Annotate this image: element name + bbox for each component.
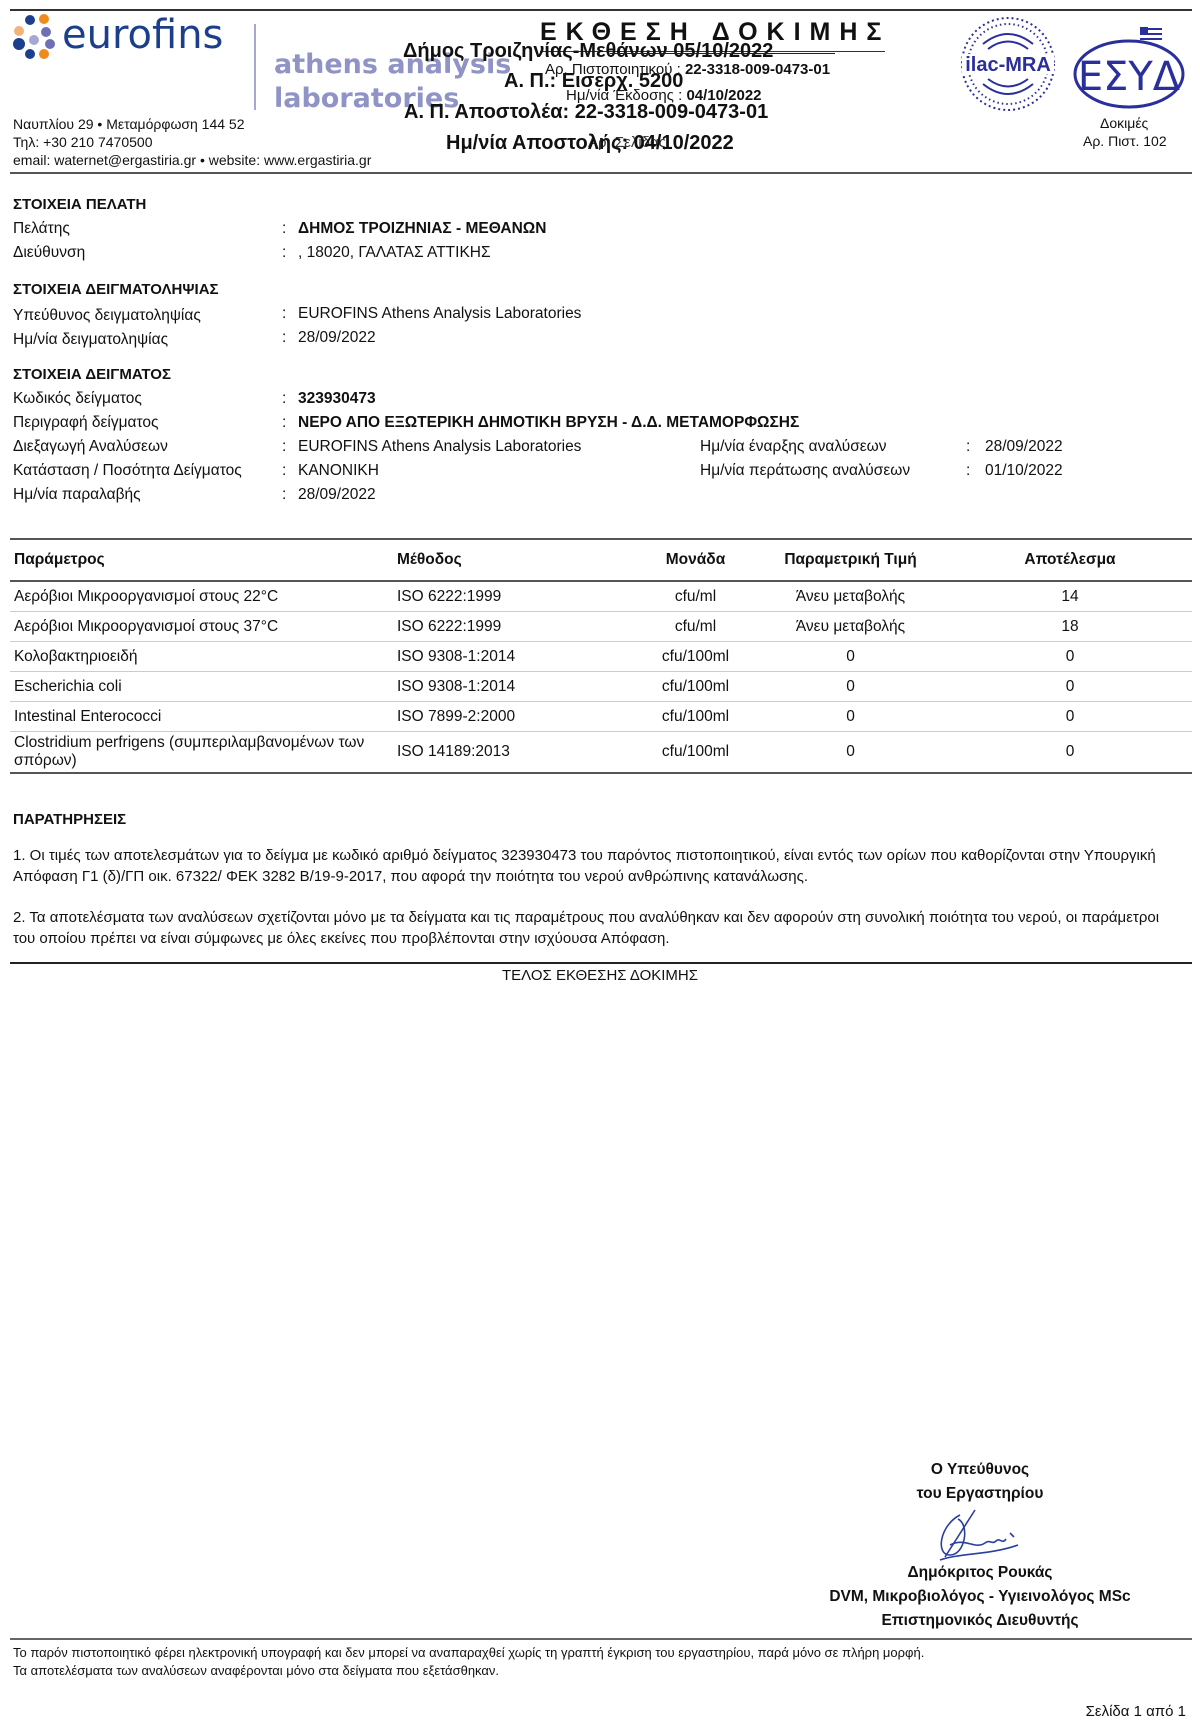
cell-parametric-value: Άνευ μεταβολής bbox=[753, 581, 948, 612]
cell-unit: cfu/ml bbox=[638, 581, 753, 612]
condition-label: Κατάσταση / Ποσότητα Δείγματος bbox=[13, 462, 242, 480]
cell-unit: cfu/100ml bbox=[638, 672, 753, 702]
col-result: Αποτέλεσμα bbox=[948, 540, 1192, 581]
analysis-by-label: Διεξαγωγή Αναλύσεων bbox=[13, 438, 168, 456]
client-value: ΔΗΜΟΣ ΤΡΟΙΖΗΝΙΑΣ - ΜΕΘΑΝΩΝ bbox=[298, 220, 546, 238]
cell-parameter: Αερόβιοι Μικροοργανισμοί στους 37°C bbox=[10, 612, 393, 642]
colon: : bbox=[282, 329, 286, 347]
cell-parameter: Escherichia coli bbox=[10, 672, 393, 702]
cell-parameter: Κολοβακτηριοειδή bbox=[10, 642, 393, 672]
svg-text:ilac-MRA: ilac-MRA bbox=[965, 54, 1051, 76]
table-row: Αερόβιοι Μικροοργανισμοί στους 22°CISO 6… bbox=[10, 581, 1192, 612]
sampler-label: Υπεύθυνος δειγματοληψίας bbox=[13, 307, 201, 325]
table-row: Escherichia coliISO 9308-1:2014cfu/100ml… bbox=[10, 672, 1192, 702]
cell-result: 14 bbox=[948, 581, 1192, 612]
table-row: Clostridium perfrigens (συμπεριλαμβανομέ… bbox=[10, 732, 1192, 774]
cell-method: ISO 9308-1:2014 bbox=[393, 672, 638, 702]
sample-desc-label: Περιγραφή δείγματος bbox=[13, 414, 159, 432]
analysis-end-label: Ημ/νία περάτωσης αναλύσεων bbox=[700, 462, 910, 480]
cell-method: ISO 7899-2:2000 bbox=[393, 702, 638, 732]
colon: : bbox=[282, 486, 286, 504]
cell-unit: cfu/100ml bbox=[638, 642, 753, 672]
cell-result: 0 bbox=[948, 702, 1192, 732]
col-method: Μέθοδος bbox=[393, 540, 638, 581]
cell-method: ISO 6222:1999 bbox=[393, 581, 638, 612]
colon: : bbox=[282, 438, 286, 456]
stamp-send-date: Ημ/νία Αποστολής: 04/10/2022 bbox=[446, 132, 734, 155]
cell-parametric-value: 0 bbox=[753, 732, 948, 774]
sample-desc-value: ΝΕΡΟ ΑΠΟ ΕΞΩΤΕΡΙΚΗ ΔΗΜΟΤΙΚΗ ΒΡΥΣΗ - Δ.Δ.… bbox=[298, 414, 799, 432]
sample-code-value: 323930473 bbox=[298, 390, 376, 408]
colon: : bbox=[282, 390, 286, 408]
col-parameter: Παράμετρος bbox=[10, 540, 393, 581]
cell-result: 0 bbox=[948, 732, 1192, 774]
signature-icon bbox=[930, 1505, 1025, 1565]
brand-name: eurofins bbox=[62, 12, 223, 58]
colon: : bbox=[282, 220, 286, 238]
signatory-role: Επιστημονικός Διευθυντής bbox=[830, 1609, 1130, 1633]
client-section-title: ΣΤΟΙΧΕΙΑ ΠΕΛΑΤΗ bbox=[13, 196, 146, 213]
sample-code-label: Κωδικός δείγματος bbox=[13, 390, 142, 408]
receipt-date-value: 28/09/2022 bbox=[298, 486, 376, 504]
footer-note-2: Τα αποτελέσματα των αναλύσεων αναφέροντα… bbox=[13, 1662, 499, 1680]
remarks-title: ΠΑΡΑΤΗΡΗΣΕΙΣ bbox=[13, 811, 126, 828]
cell-parametric-value: 0 bbox=[753, 642, 948, 672]
remarks-rule bbox=[10, 962, 1192, 964]
analysis-start-label: Ημ/νία έναρξης αναλύσεων bbox=[700, 438, 887, 456]
logo-divider bbox=[254, 24, 256, 110]
cell-result: 18 bbox=[948, 612, 1192, 642]
lab-phone: Τηλ: +30 210 7470500 bbox=[13, 133, 152, 151]
colon: : bbox=[966, 462, 970, 480]
sampling-date-value: 28/09/2022 bbox=[298, 329, 376, 347]
colon: : bbox=[282, 414, 286, 432]
cell-method: ISO 6222:1999 bbox=[393, 612, 638, 642]
stamp-municipality: Δήμος Τροιζηνίας-Μεθάνων 05/10/2022 bbox=[403, 40, 773, 63]
signatory-credentials: DVM, Μικροβιολόγος - Υγιεινολόγος MSc bbox=[780, 1585, 1180, 1609]
signatory-title-2: του Εργαστηρίου bbox=[830, 1482, 1130, 1506]
accreditation-cert-no: Αρ. Πιστ. 102 bbox=[1083, 133, 1167, 149]
analysis-end-value: 01/10/2022 bbox=[985, 462, 1063, 480]
remark-1: 1. Οι τιμές των αποτελεσμάτων για το δεί… bbox=[13, 845, 1183, 887]
header-rule bbox=[10, 172, 1192, 174]
signatory-name: Δημόκριτος Ρουκάς bbox=[830, 1561, 1130, 1585]
colon: : bbox=[282, 462, 286, 480]
colon: : bbox=[282, 244, 286, 262]
cell-unit: cfu/100ml bbox=[638, 732, 753, 774]
condition-value: ΚΑΝΟΝΙΚΗ bbox=[298, 462, 379, 480]
table-row: Αερόβιοι Μικροοργανισμοί στους 37°CISO 6… bbox=[10, 612, 1192, 642]
esyd-seal-icon: ΕΣΥΔ bbox=[1072, 24, 1186, 112]
sampling-date-label: Ημ/νία δειγματοληψίας bbox=[13, 331, 168, 349]
certificate-number: 22-3318-009-0473-01 bbox=[685, 61, 830, 78]
cell-result: 0 bbox=[948, 642, 1192, 672]
cell-unit: cfu/ml bbox=[638, 612, 753, 642]
col-unit: Μονάδα bbox=[638, 540, 753, 581]
cell-parametric-value: Άνευ μεταβολής bbox=[753, 612, 948, 642]
accreditation-tests: Δοκιμές bbox=[1100, 115, 1148, 131]
cell-parametric-value: 0 bbox=[753, 702, 948, 732]
table-row: ΚολοβακτηριοειδήISO 9308-1:2014cfu/100ml… bbox=[10, 642, 1192, 672]
lab-address: Ναυπλίου 29 • Μεταμόρφωση 144 52 bbox=[13, 115, 245, 133]
ilac-mra-seal-icon: ilac-MRA bbox=[958, 14, 1058, 114]
end-of-report: ΤΕΛΟΣ ΕΚΘΕΣΗΣ ΔΟΚΙΜΗΣ bbox=[0, 967, 1200, 984]
cell-parameter: Αερόβιοι Μικροοργανισμοί στους 22°C bbox=[10, 581, 393, 612]
lab-contact: email: waternet@ergastiria.gr • website:… bbox=[13, 151, 371, 169]
cell-method: ISO 14189:2013 bbox=[393, 732, 638, 774]
cell-parameter: Intestinal Enterococci bbox=[10, 702, 393, 732]
cell-parametric-value: 0 bbox=[753, 672, 948, 702]
page-number: Σελίδα 1 από 1 bbox=[1086, 1703, 1186, 1720]
analysis-start-value: 28/09/2022 bbox=[985, 438, 1063, 456]
client-label: Πελάτης bbox=[13, 220, 70, 238]
sample-section-title: ΣΤΟΙΧΕΙΑ ΔΕΙΓΜΑΤΟΣ bbox=[13, 366, 171, 383]
svg-text:ΕΣΥΔ: ΕΣΥΔ bbox=[1078, 54, 1181, 100]
cell-result: 0 bbox=[948, 672, 1192, 702]
results-table: Παράμετρος Μέθοδος Μονάδα Παραμετρική Τι… bbox=[10, 540, 1192, 774]
colon: : bbox=[966, 438, 970, 456]
cell-unit: cfu/100ml bbox=[638, 702, 753, 732]
remark-2: 2. Τα αποτελέσματα των αναλύσεων σχετίζο… bbox=[13, 907, 1183, 949]
address-value: , 18020, ΓΑΛΑΤΑΣ ΑΤΤΙΚΗΣ bbox=[298, 244, 491, 262]
stamp-incoming-number: Α. Π.: Εισερχ. 5200 bbox=[504, 70, 683, 93]
signatory-title-1: Ο Υπεύθυνος bbox=[830, 1458, 1130, 1482]
sampler-value: EUROFINS Athens Analysis Laboratories bbox=[298, 305, 581, 323]
footer-note-1: Το παρόν πιστοποιητικό φέρει ηλεκτρονική… bbox=[13, 1644, 924, 1662]
receipt-date-label: Ημ/νία παραλαβής bbox=[13, 486, 141, 504]
stamp-sender-number: Α. Π. Αποστολέα: 22-3318-009-0473-01 bbox=[404, 101, 768, 124]
top-rule bbox=[10, 9, 1192, 11]
col-parametric-value: Παραμετρική Τιμή bbox=[753, 540, 948, 581]
colon: : bbox=[282, 305, 286, 323]
footer-rule bbox=[10, 1638, 1192, 1640]
cell-parameter: Clostridium perfrigens (συμπεριλαμβανομέ… bbox=[10, 732, 393, 774]
eurofins-logo-icon bbox=[10, 14, 58, 60]
cell-method: ISO 9308-1:2014 bbox=[393, 642, 638, 672]
sampling-section-title: ΣΤΟΙΧΕΙΑ ΔΕΙΓΜΑΤΟΛΗΨΙΑΣ bbox=[13, 281, 219, 298]
table-header-row: Παράμετρος Μέθοδος Μονάδα Παραμετρική Τι… bbox=[10, 540, 1192, 581]
table-row: Intestinal EnterococciISO 7899-2:2000cfu… bbox=[10, 702, 1192, 732]
stamp-strike bbox=[610, 53, 835, 54]
analysis-by-value: EUROFINS Athens Analysis Laboratories bbox=[298, 438, 581, 456]
address-label: Διεύθυνση bbox=[13, 244, 85, 262]
